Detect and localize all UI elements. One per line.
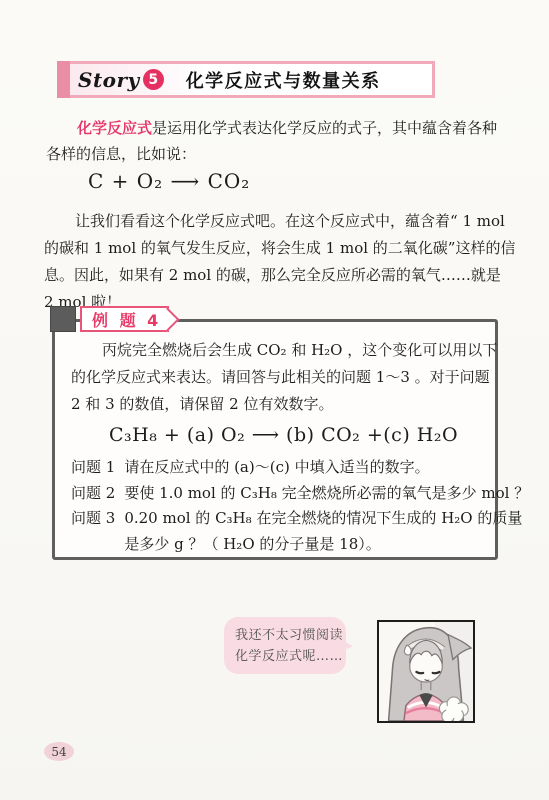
example-intro-line-1: 丙烷完全燃烧后会生成 CO₂ 和 H₂O ，这个变化可以用以下 <box>71 337 483 364</box>
question-2-text: 要使 1.0 mol 的 C₃H₈ 完全燃烧所必需的氧气是多少 mol ？ <box>124 481 529 507</box>
story-label: Story <box>78 68 140 92</box>
question-row-2: 问题 2 要使 1.0 mol 的 C₃H₈ 完全燃烧所必需的氧气是多少 mol… <box>71 481 483 507</box>
example-badge-label: 例 题 4 <box>92 308 161 331</box>
intro-line-2: 各样的信息，比如说： <box>46 141 497 167</box>
story-header-inner: Story 5 化学反应式与数量关系 <box>70 64 432 95</box>
page-number-badge: 54 <box>44 742 74 761</box>
page-number: 54 <box>51 745 66 759</box>
manga-girl-illustration <box>379 622 473 721</box>
book-page: Story 5 化学反应式与数量关系 化学反应式是运用化学式表达化学反应的式子，… <box>0 0 549 800</box>
example-intro-line-2: 的化学反应式来表达。请回答与此相关的问题 1～3 。对于问题 <box>71 364 483 391</box>
story-header: Story 5 化学反应式与数量关系 <box>57 61 435 98</box>
speech-bubble: 我还不太习惯阅读 化学反应式呢…… <box>224 617 346 674</box>
question-2-line-1: 要使 1.0 mol 的 C₃H₈ 完全燃烧所必需的氧气是多少 mol ？ <box>124 481 529 507</box>
example-intro: 丙烷完全燃烧后会生成 CO₂ 和 H₂O ，这个变化可以用以下 的化学反应式来表… <box>71 337 483 418</box>
carbon-combustion-equation: C + O₂ ⟶ CO₂ <box>88 169 250 193</box>
story-number-badge: 5 <box>143 69 164 90</box>
question-2-label: 问题 2 <box>71 481 115 507</box>
question-3-label: 问题 3 <box>71 506 115 557</box>
example-box-body: 丙烷完全燃烧后会生成 CO₂ 和 H₂O ，这个变化可以用以下 的化学反应式来表… <box>55 322 495 557</box>
question-row-1: 问题 1 请在反应式中的 (a)～(c) 中填入适当的数字。 <box>71 455 483 481</box>
example-badge: 例 题 4 <box>80 306 169 332</box>
explain-paragraph: 让我们看看这个化学反应式吧。在这个反应式中，蕴含着“ 1 mol 的碳和 1 m… <box>44 208 515 316</box>
speech-bubble-line-1: 我还不太习惯阅读 <box>235 625 337 646</box>
intro-paragraph: 化学反应式是运用化学式表达化学反应的式子，其中蕴含着各种 各样的信息，比如说： <box>46 115 497 167</box>
chapter-title: 化学反应式与数量关系 <box>186 67 381 93</box>
explain-line-1: 让我们看看这个化学反应式吧。在这个反应式中，蕴含着“ 1 mol <box>44 208 515 235</box>
example-intro-line-3: 2 和 3 的数值，请保留 2 位有效数字。 <box>71 391 483 418</box>
header-accent-strip <box>57 61 70 98</box>
example-corner-block <box>50 306 76 332</box>
intro-line-1-text: 是运用化学式表达化学反应的式子，其中蕴含着各种 <box>152 119 497 137</box>
question-1-line-1: 请在反应式中的 (a)～(c) 中填入适当的数字。 <box>124 455 429 481</box>
question-row-3: 问题 3 0.20 mol 的 C₃H₈ 在完全燃烧的情况下生成的 H₂O 的质… <box>71 506 483 557</box>
question-1-label: 问题 1 <box>71 455 115 481</box>
question-1-text: 请在反应式中的 (a)～(c) 中填入适当的数字。 <box>124 455 429 481</box>
question-3-line-2: 是多少 g ？（ H₂O 的分子量是 18）。 <box>124 532 522 558</box>
question-3-text: 0.20 mol 的 C₃H₈ 在完全燃烧的情况下生成的 H₂O 的质量 是多少… <box>124 506 522 557</box>
example-box: 丙烷完全燃烧后会生成 CO₂ 和 H₂O ，这个变化可以用以下 的化学反应式来表… <box>52 319 498 560</box>
term-highlight: 化学反应式 <box>77 119 152 137</box>
speech-bubble-line-2: 化学反应式呢…… <box>235 646 337 667</box>
question-3-line-1: 0.20 mol 的 C₃H₈ 在完全燃烧的情况下生成的 H₂O 的质量 <box>124 506 522 532</box>
propane-combustion-equation: C₃H₈ + (a) O₂ ⟶ (b) CO₂ +(c) H₂O <box>109 422 483 448</box>
character-portrait-frame <box>377 620 475 723</box>
question-list: 问题 1 请在反应式中的 (a)～(c) 中填入适当的数字。 问题 2 要使 1… <box>71 455 483 557</box>
intro-line-1: 化学反应式是运用化学式表达化学反应的式子，其中蕴含着各种 <box>46 115 497 141</box>
explain-line-3: 息。因此，如果有 2 mol 的碳，那么完全反应所必需的氧气……就是 <box>44 262 515 289</box>
explain-line-2: 的碳和 1 mol 的氧气发生反应，将会生成 1 mol 的二氧化碳”这样的信 <box>44 235 515 262</box>
